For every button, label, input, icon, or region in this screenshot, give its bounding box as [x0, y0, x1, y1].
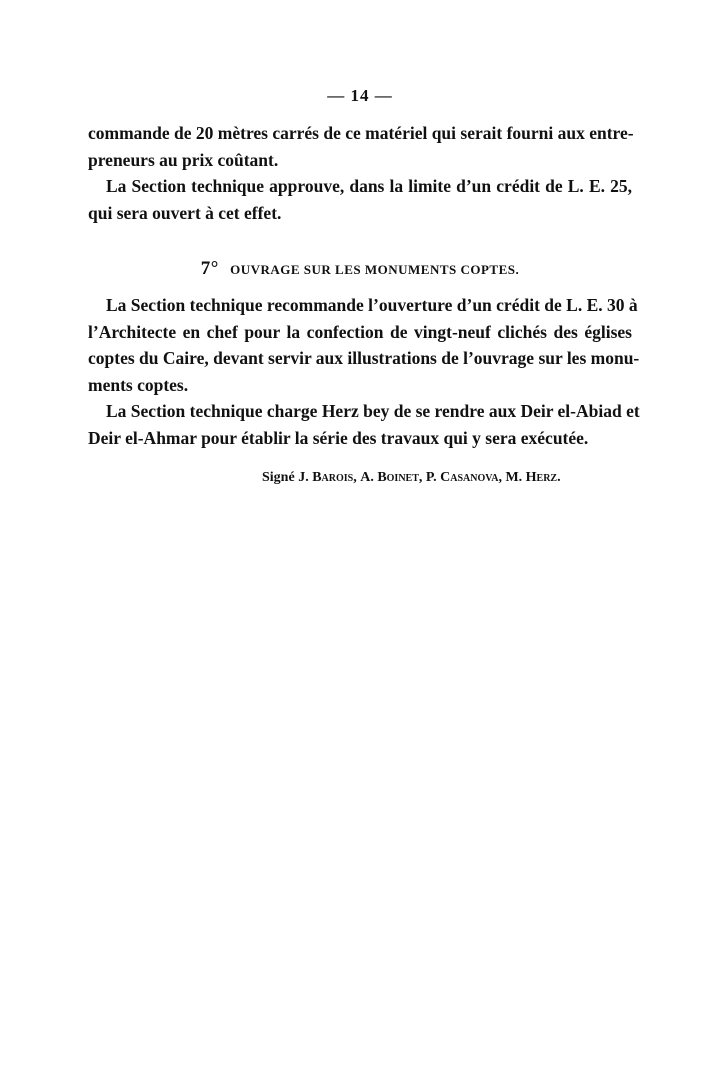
text-line: La Section technique charge Herz bey de …	[88, 398, 632, 425]
text-line: ments coptes.	[88, 372, 632, 399]
text-line: qui sera ouvert à cet effet.	[88, 200, 632, 227]
text-line: coptes du Caire, devant servir aux illus…	[88, 345, 632, 372]
section-heading: 7° OUVRAGE SUR LES MONUMENTS COPTES.	[0, 258, 720, 280]
signature-line: Signé J. Barois, A. Boinet, P. Casanova,…	[262, 470, 561, 486]
page-number: — 14 —	[0, 86, 720, 106]
signatory: P. Casanova	[426, 470, 499, 485]
signatory: J. Barois	[298, 470, 353, 485]
text-line: La Section technique approuve, dans la l…	[88, 173, 632, 200]
section-number: 7°	[201, 258, 219, 279]
text-line: l’Architecte en chef pour la confection …	[88, 319, 632, 346]
signatory: M. Herz.	[505, 470, 560, 485]
text-line: La Section technique recommande l’ouvert…	[88, 292, 632, 319]
paragraph-continuation: commande de 20 mètres carrés de ce matér…	[88, 120, 632, 226]
text-line: commande de 20 mètres carrés de ce matér…	[88, 120, 632, 147]
text-line: preneurs au prix coûtant.	[88, 147, 632, 174]
section-title: OUVRAGE SUR LES MONUMENTS COPTES.	[230, 262, 519, 277]
paragraph-monuments: La Section technique recommande l’ouvert…	[88, 292, 632, 451]
signatory: A. Boinet	[360, 470, 419, 485]
text-line: Deir el-Ahmar pour établir la série des …	[88, 425, 632, 452]
signature-prefix: Signé	[262, 470, 295, 485]
